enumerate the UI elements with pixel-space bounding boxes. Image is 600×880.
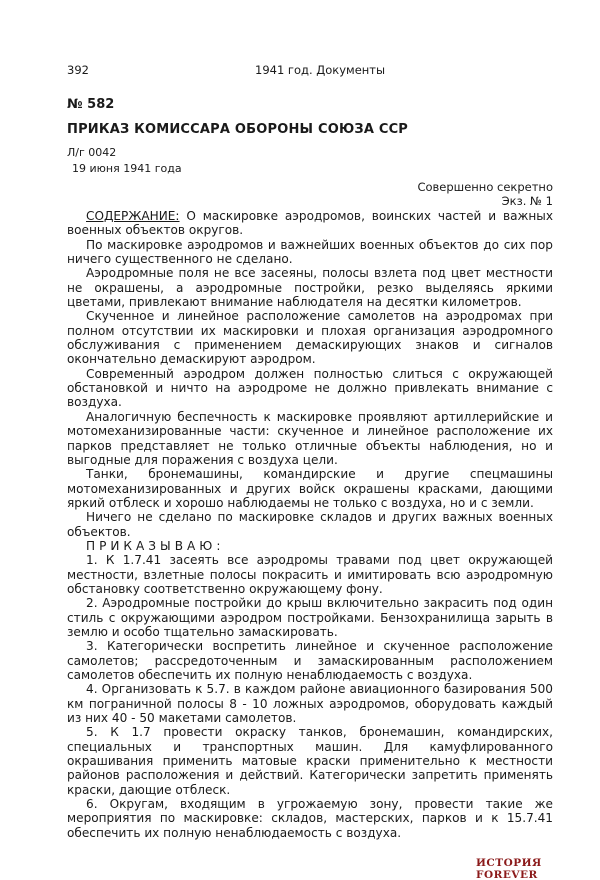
document-number: № 582 (67, 97, 114, 112)
document-title: ПРИКАЗ КОМИССАРА ОБОРОНЫ СОЮЗА ССР (67, 122, 408, 137)
content-label: СОДЕРЖАНИЕ: (86, 209, 180, 223)
order-heading: ПРИКАЗЫВАЮ: (67, 539, 553, 553)
paragraph: По маскировке аэродромов и важнейших вое… (67, 238, 553, 267)
paragraph: Ничего не сделано по маскировке складов … (67, 510, 553, 539)
running-title: 1941 год. Документы (255, 63, 385, 77)
paragraph: Скученное и линейное расположение самоле… (67, 309, 553, 366)
copy-number: Экз. № 1 (417, 194, 553, 208)
paragraph: Танки, бронемашины, командирские и други… (67, 467, 553, 510)
document-reference: Л/г 0042 (67, 146, 116, 159)
watermark-logo: ИСТОРИЯ FOREVER (476, 857, 600, 880)
paragraph: Аэродромные поля не все засеяны, полосы … (67, 266, 553, 309)
document-date: 19 июня 1941 года (72, 162, 182, 175)
order-item: 3. Категорически воспретить линейное и с… (67, 639, 553, 682)
document-body: СОДЕРЖАНИЕ: О маскировке аэродромов, вои… (67, 209, 553, 840)
order-item: 1. К 1.7.41 засеять все аэродромы травам… (67, 553, 553, 596)
order-item: 5. К 1.7 провести окраску танков, бронем… (67, 725, 553, 797)
content-paragraph: СОДЕРЖАНИЕ: О маскировке аэродромов, вои… (67, 209, 553, 238)
classification-label: Совершенно секретно (417, 180, 553, 194)
running-head: 392 1941 год. Документы (67, 63, 553, 79)
order-item: 4. Организовать к 5.7. в каждом районе а… (67, 682, 553, 725)
order-item: 6. Округам, входящим в угрожаемую зону, … (67, 797, 553, 840)
paragraph: Современный аэродром должен полностью сл… (67, 367, 553, 410)
classification-block: Совершенно секретно Экз. № 1 (417, 180, 553, 209)
order-item: 2. Аэродромные постройки до крыш включит… (67, 596, 553, 639)
page-number: 392 (67, 63, 89, 77)
paragraph: Аналогичную беспечность к маскировке про… (67, 410, 553, 467)
